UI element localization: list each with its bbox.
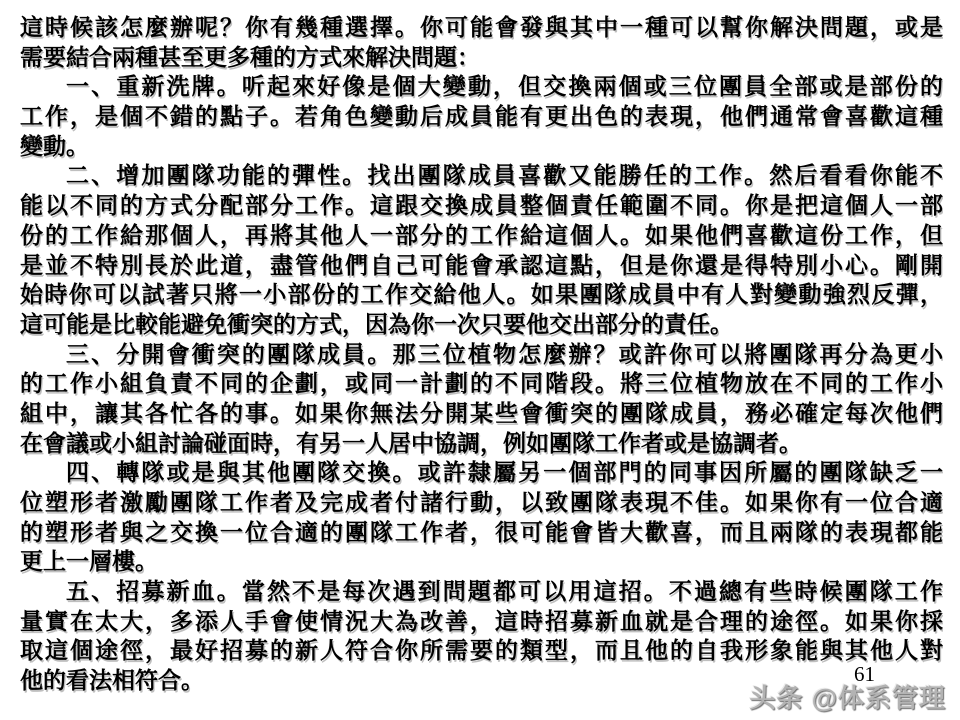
text-line: 更上一層樓。 bbox=[20, 547, 943, 577]
page-number: 61 bbox=[854, 662, 875, 687]
text-line: 二、增加團隊功能的彈性。找出團隊成員喜歡又能勝任的工作。然后看看你能不 bbox=[20, 161, 943, 191]
body-text: 這時候該怎麼辦呢？你有幾種選擇。你可能會發與其中一種可以幫你解決問題，或是 需要… bbox=[20, 13, 943, 696]
paragraph-option-2-flexibility: 二、增加團隊功能的彈性。找出團隊成員喜歡又能勝任的工作。然后看看你能不 能以不同… bbox=[20, 161, 943, 339]
text-line: 的塑形者與之交換一位合適的團隊工作者，很可能會皆大歡喜，而且兩隊的表現都能 bbox=[20, 518, 943, 548]
text-line: 需要結合兩種甚至更多種的方式來解決問題： bbox=[20, 43, 943, 73]
text-line: 一、重新洗牌。听起來好像是個大變動，但交換兩個或三位團員全部或是部份的 bbox=[20, 72, 943, 102]
slide-page: 這時候該怎麼辦呢？你有幾種選擇。你可能會發與其中一種可以幫你解決問題，或是 需要… bbox=[0, 0, 960, 720]
text-line: 始時你可以試著只將一小部份的工作交給他人。如果團隊成員中有人對變動強烈反彈， bbox=[20, 280, 943, 310]
text-line: 三、分開會衝突的團隊成員。那三位植物怎麼辦？或許你可以將團隊再分為更小 bbox=[20, 340, 943, 370]
text-line: 份的工作給那個人，再將其他人一部分的工作給這個人。如果他們喜歡這份工作，但 bbox=[20, 221, 943, 251]
text-line: 四、轉隊或是與其他團隊交換。或許隸屬另一個部門的同事因所屬的團隊缺乏一 bbox=[20, 458, 943, 488]
text-line: 是並不特別長於此道，盡管他們自己可能會承認這點，但是你還是得特別小心。剛開 bbox=[20, 251, 943, 281]
text-line: 五、招募新血。當然不是每次遇到問題都可以用這招。不過總有些時候團隊工作 bbox=[20, 577, 943, 607]
paragraph-intro: 這時候該怎麼辦呢？你有幾種選擇。你可能會發與其中一種可以幫你解決問題，或是 需要… bbox=[20, 13, 943, 72]
text-line: 的工作小組負責不同的企劃，或同一計劃的不同階段。將三位植物放在不同的工作小 bbox=[20, 369, 943, 399]
text-line: 這可能是比較能避免衝突的方式，因為你一次只要他交出部分的責任。 bbox=[20, 310, 943, 340]
text-line: 組中，讓其各忙各的事。如果你無法分開某些會衝突的團隊成員，務必確定每次他們 bbox=[20, 399, 943, 429]
text-line: 工作，是個不錯的點子。若角色變動后成員能有更出色的表現，他們通常會喜歡這種 bbox=[20, 102, 943, 132]
text-line: 位塑形者激勵團隊工作者及完成者付諸行動，以致團隊表現不佳。如果你有一位合適 bbox=[20, 488, 943, 518]
paragraph-option-4-transfer: 四、轉隊或是與其他團隊交換。或許隸屬另一個部門的同事因所屬的團隊缺乏一 位塑形者… bbox=[20, 458, 943, 577]
text-line: 量實在太大，多添人手會使情況大為改善，這時招募新血就是合理的途徑。如果你採 bbox=[20, 607, 943, 637]
text-line: 這時候該怎麼辦呢？你有幾種選擇。你可能會發與其中一種可以幫你解決問題，或是 bbox=[20, 13, 943, 43]
text-line: 取這個途徑，最好招募的新人符合你所需要的類型，而且他的自我形象能與其他人對 bbox=[20, 636, 943, 666]
text-line: 變動。 bbox=[20, 132, 943, 162]
watermark-text: 头条 @体系管理 bbox=[749, 678, 946, 715]
text-line: 能以不同的方式分配部分工作。這跟交換成員整個責任範圍不同。你是把這個人一部 bbox=[20, 191, 943, 221]
paragraph-option-3-separate: 三、分開會衝突的團隊成員。那三位植物怎麼辦？或許你可以將團隊再分為更小 的工作小… bbox=[20, 340, 943, 459]
text-line: 在會議或小組討論碰面時，有另一人居中協調，例如團隊工作者或是協調者。 bbox=[20, 429, 943, 459]
paragraph-option-1-reshuffle: 一、重新洗牌。听起來好像是個大變動，但交換兩個或三位團員全部或是部份的 工作，是… bbox=[20, 72, 943, 161]
